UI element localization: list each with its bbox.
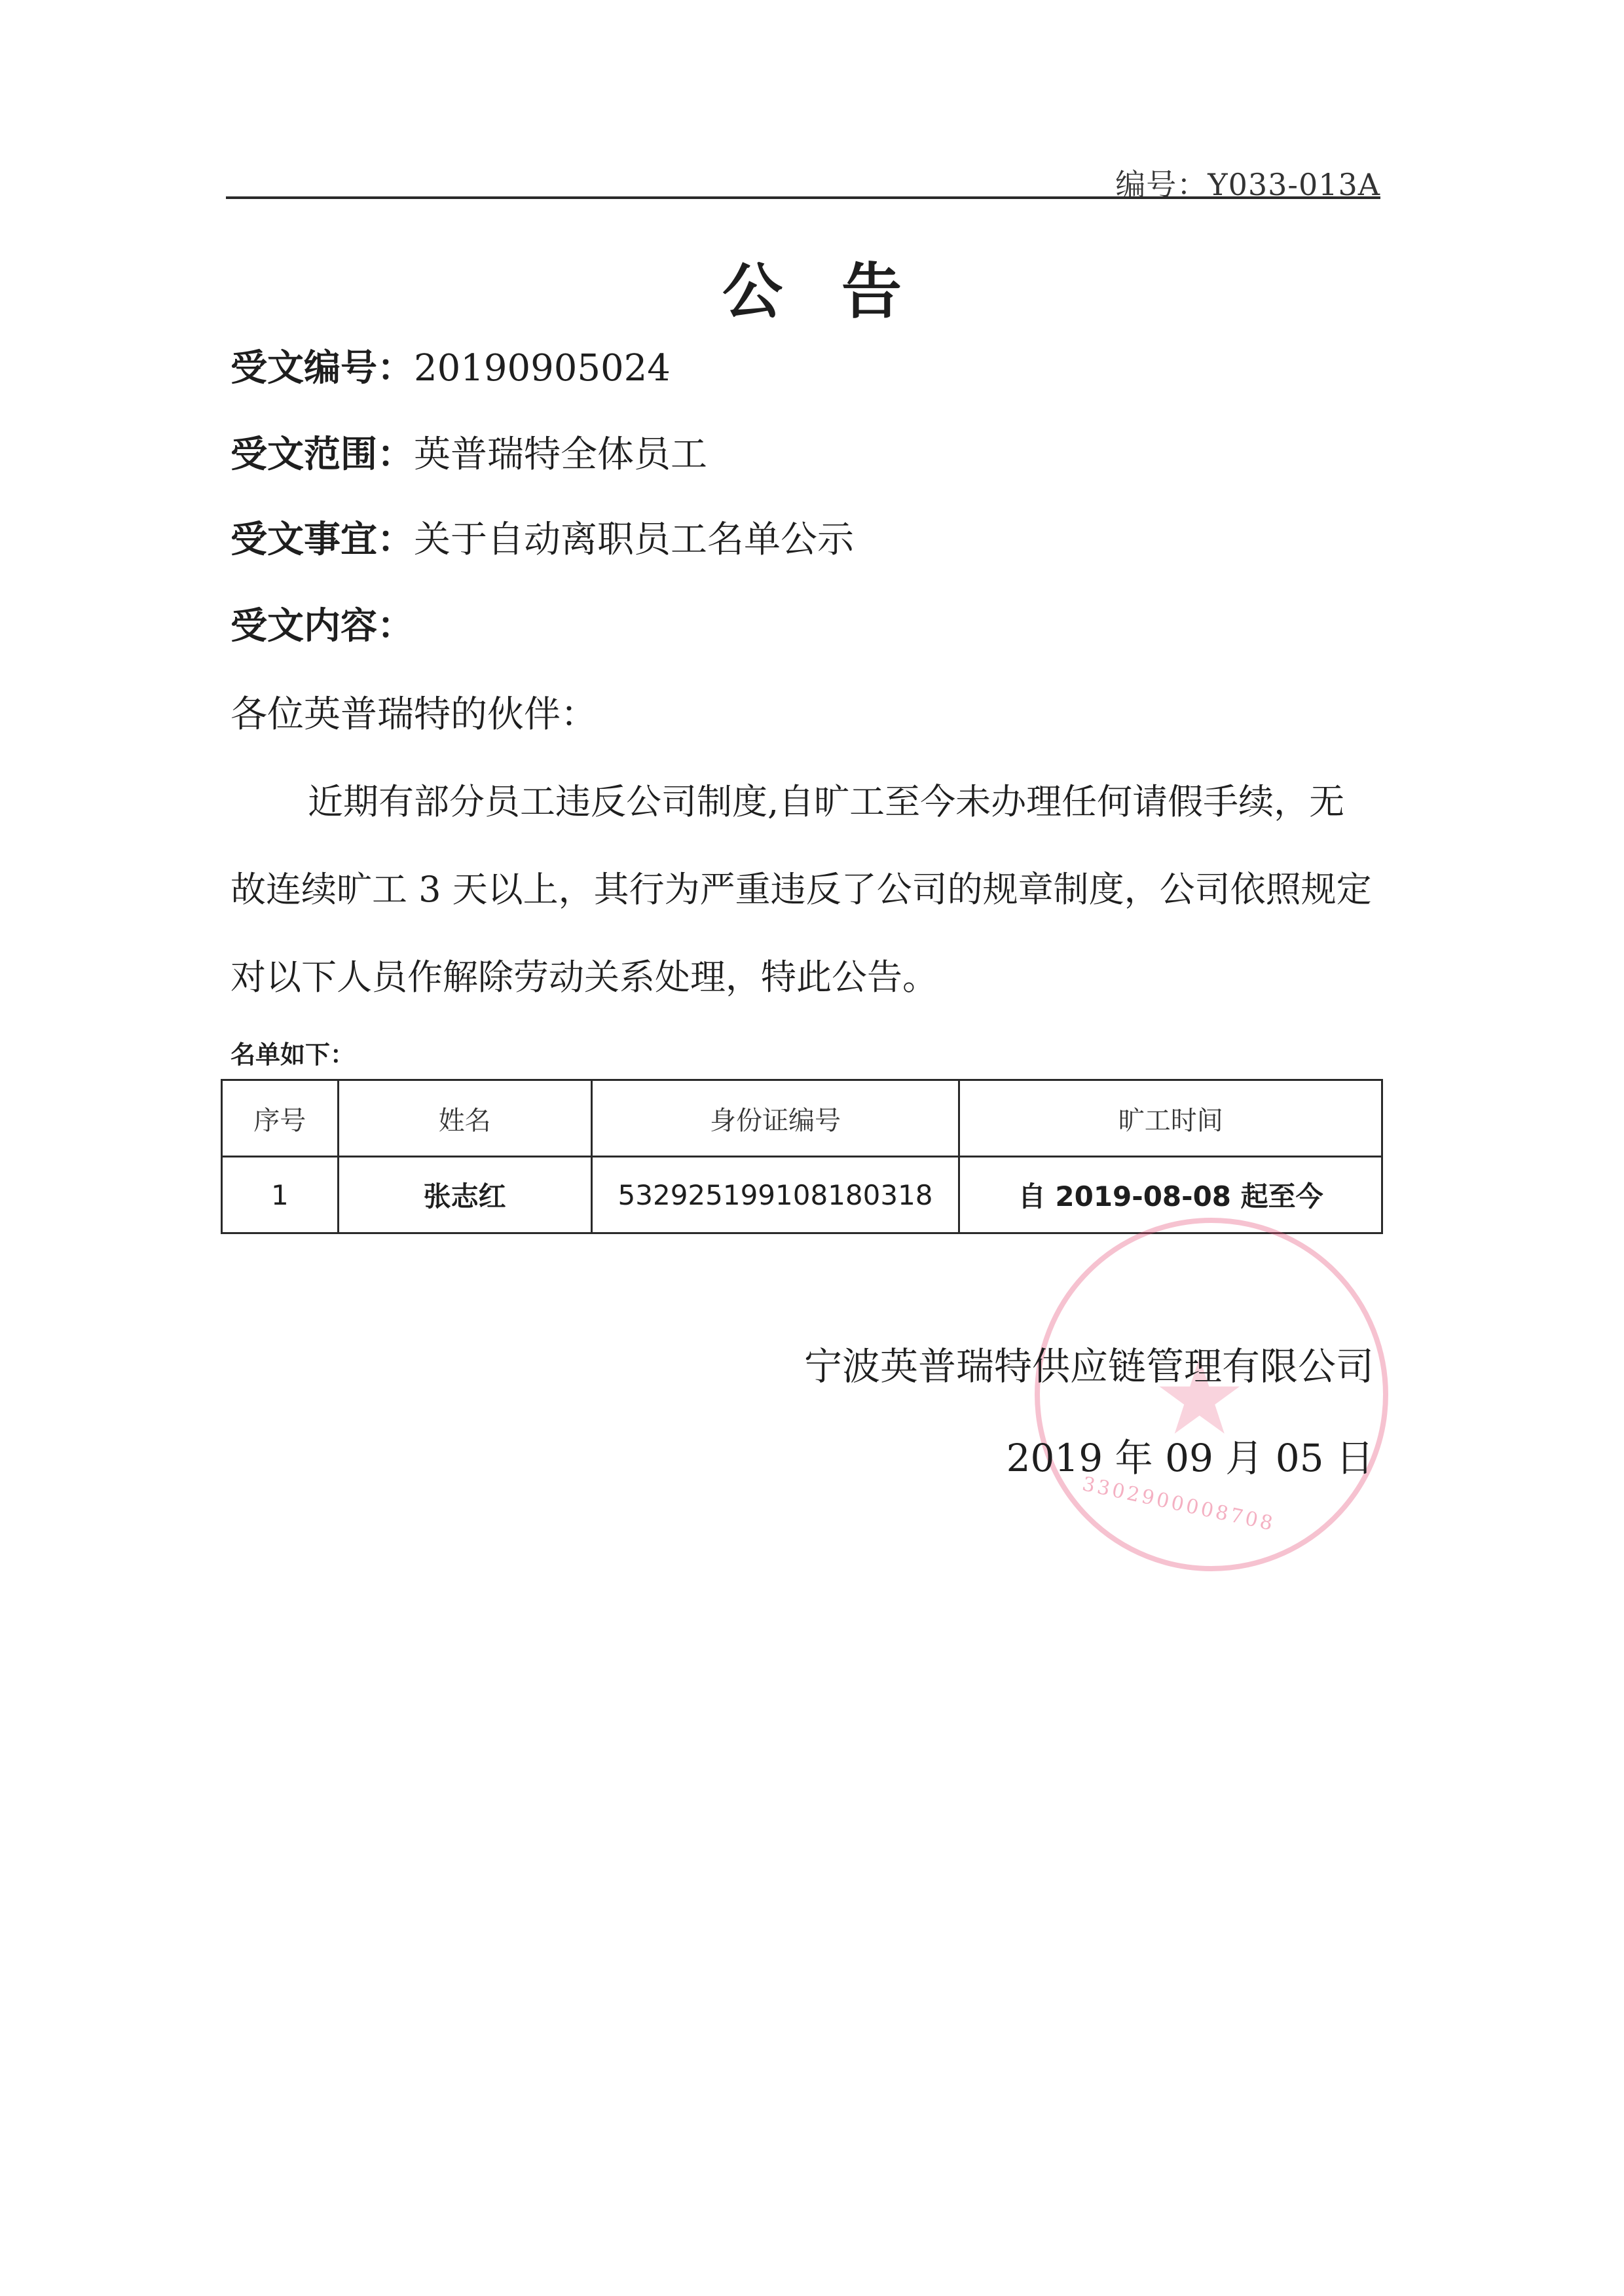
field-label: 受文内容： — [231, 605, 414, 647]
column-header-name: 姓名 — [338, 1080, 591, 1157]
field-scope: 受文范围：英普瑞特全体员工 — [231, 432, 707, 478]
column-header-id-number: 身份证编号 — [591, 1080, 959, 1157]
signature-date: 2019 年 09 月 05 日 — [1006, 1427, 1374, 1482]
field-subject: 受文事宜：关于自动离职员工名单公示 — [231, 517, 854, 563]
field-label: 受文编号： — [231, 347, 414, 390]
signature-company: 宁波英普瑞特供应链管理有限公司 — [804, 1336, 1374, 1391]
column-header-index: 序号 — [222, 1080, 339, 1157]
body-text: 近期有部分员工违反公司制度,自旷工至今未办理任何请假手续，无故连续旷工 3 天以… — [231, 781, 1372, 998]
list-heading: 名单如下： — [231, 1034, 355, 1070]
field-label: 受文事宜： — [231, 519, 414, 561]
salutation: 各位英普瑞特的伙伴： — [231, 692, 597, 738]
cell-absence-period: 自 2019-08-08 起至今 — [959, 1157, 1382, 1233]
field-doc-number: 受文编号：20190905024 — [231, 346, 671, 392]
column-header-absence-period: 旷工时间 — [959, 1080, 1382, 1157]
field-label: 受文范围： — [231, 433, 414, 476]
cell-index: 1 — [222, 1157, 339, 1233]
body-paragraph: 近期有部分员工违反公司制度,自旷工至今未办理任何请假手续，无故连续旷工 3 天以… — [231, 758, 1376, 1021]
table-header-row: 序号 姓名 身份证编号 旷工时间 — [222, 1080, 1382, 1157]
page-title: 公告 — [0, 244, 1624, 330]
dismissal-table: 序号 姓名 身份证编号 旷工时间 1 张志红 53292519910818031… — [221, 1079, 1383, 1234]
cell-name: 张志红 — [338, 1157, 591, 1233]
field-value: 20190905024 — [414, 347, 671, 390]
field-value: 英普瑞特全体员工 — [414, 433, 707, 476]
field-content: 受文内容： — [231, 604, 414, 649]
header-rule — [226, 196, 1380, 199]
cell-id-number: 532925199108180318 — [591, 1157, 959, 1233]
field-value: 关于自动离职员工名单公示 — [414, 519, 854, 561]
